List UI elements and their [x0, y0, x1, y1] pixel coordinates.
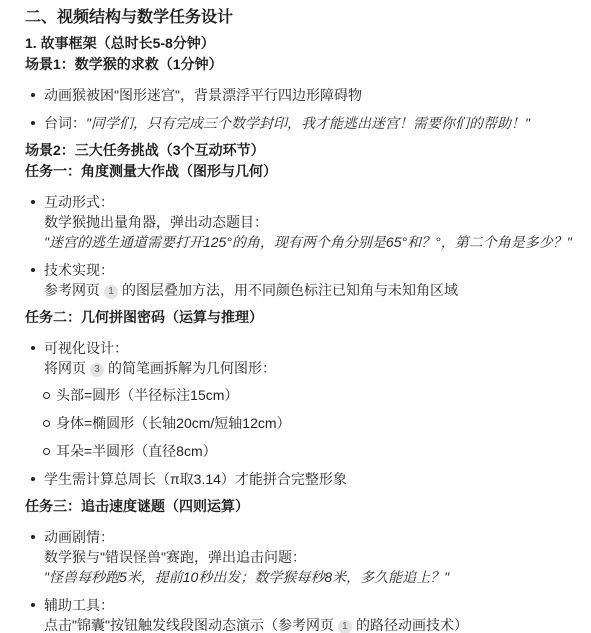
list-item: 学生需计算总周长（π取3.14）才能拼合完整形象 [25, 469, 571, 489]
citation-badge[interactable]: 1 [104, 285, 118, 299]
question-quote: "怪兽每秒跑5米，提前10秒出发；数学猴每秒8米，多久能追上？" [44, 569, 449, 585]
list-item-label: 互动形式： [44, 192, 571, 212]
reference-text-post: 的简笔画拆解为几何图形： [108, 360, 276, 376]
task2-heading: 任务二：几何拼图密码（运算与推理） [25, 307, 571, 328]
list-item-label: 技术实现： [44, 260, 571, 280]
scene1-heading: 场景1：数学猴的求救（1分钟） [25, 54, 571, 75]
question-quote: "迷宫的逃生通道需要打开125°的角，现有两个角分别是65°和？°，第二个角是多… [44, 234, 572, 250]
task3-list: 动画剧情： 数学猴与"错误怪兽"赛跑，弹出追击问题： "怪兽每秒跑5米，提前10… [25, 527, 571, 633]
list-item-text: 动画猴被困"图形迷宫"，背景漂浮平行四边形障碍物 [44, 85, 571, 105]
reference-line: 点击"锦囊"按钮触发线段图动态演示（参考网页1的路径动画技术） [44, 615, 571, 633]
list-item: 辅助工具： 点击"锦囊"按钮触发线段图动态演示（参考网页1的路径动画技术） [25, 595, 571, 633]
citation-badge[interactable]: 1 [338, 620, 352, 633]
list-item-text: 学生需计算总周长（π取3.14）才能拼合完整形象 [44, 469, 571, 489]
sublist-item-text: 头部=圆形（半径标注15cm） [56, 385, 571, 405]
reference-text-pre: 点击"锦囊"按钮触发线段图动态演示（参考网页 [44, 617, 334, 633]
document-body: 二、视频结构与数学任务设计 1. 故事框架（总时长5-8分钟） 场景1：数学猴的… [0, 0, 591, 633]
sublist-item: 耳朵=半圆形（直径8cm） [44, 441, 571, 461]
shape-sublist: 头部=圆形（半径标注15cm） 身体=椭圆形（长轴20cm/短轴12cm） 耳朵… [44, 385, 571, 461]
list-item: 可视化设计： 将网页3的简笔画拆解为几何图形： 头部=圆形（半径标注15cm） … [25, 338, 571, 461]
story-frame-heading: 1. 故事框架（总时长5-8分钟） [25, 33, 571, 54]
scene1-list: 动画猴被困"图形迷宫"，背景漂浮平行四边形障碍物 台词："同学们，只有完成三个数… [25, 85, 571, 133]
dialogue-label: 台词： [44, 115, 86, 131]
list-item: 动画猴被困"图形迷宫"，背景漂浮平行四边形障碍物 [25, 85, 571, 105]
scene2-heading: 场景2：三大任务挑战（3个互动环节） [25, 140, 571, 161]
list-item-label: 动画剧情： [44, 527, 571, 547]
task2-list: 可视化设计： 将网页3的简笔画拆解为几何图形： 头部=圆形（半径标注15cm） … [25, 338, 571, 489]
question-line: "怪兽每秒跑5米，提前10秒出发；数学猴每秒8米，多久能追上？" [44, 567, 571, 587]
question-line: "迷宫的逃生通道需要打开125°的角，现有两个角分别是65°和？°，第二个角是多… [44, 232, 571, 252]
sublist-item: 头部=圆形（半径标注15cm） [44, 385, 571, 405]
reference-text-pre: 参考网页 [44, 282, 100, 298]
section-title: 二、视频结构与数学任务设计 [25, 7, 571, 29]
reference-text-post: 的图层叠加方法，用不同颜色标注已知角与未知角区域 [122, 282, 458, 298]
reference-text-pre: 将网页 [44, 360, 86, 376]
task1-heading: 任务一：角度测量大作战（图形与几何） [25, 161, 571, 182]
list-item-text: 数学猴抛出量角器，弹出动态题目： [44, 212, 571, 232]
sublist-item: 身体=椭圆形（长轴20cm/短轴12cm） [44, 413, 571, 433]
sublist-item-text: 耳朵=半圆形（直径8cm） [56, 441, 571, 461]
reference-line: 参考网页1的图层叠加方法，用不同颜色标注已知角与未知角区域 [44, 280, 571, 300]
list-item: 技术实现： 参考网页1的图层叠加方法，用不同颜色标注已知角与未知角区域 [25, 260, 571, 300]
task1-list: 互动形式： 数学猴抛出量角器，弹出动态题目： "迷宫的逃生通道需要打开125°的… [25, 192, 571, 300]
list-item: 动画剧情： 数学猴与"错误怪兽"赛跑，弹出追击问题： "怪兽每秒跑5米，提前10… [25, 527, 571, 587]
reference-text-post: 的路径动画技术） [356, 617, 468, 633]
citation-badge[interactable]: 3 [90, 363, 104, 377]
list-item-label: 可视化设计： [44, 338, 571, 358]
list-item-text: 数学猴与"错误怪兽"赛跑，弹出追击问题： [44, 547, 571, 567]
list-item: 台词："同学们，只有完成三个数学封印，我才能逃出迷宫！需要你们的帮助！" [25, 113, 571, 133]
dialogue-line: 台词："同学们，只有完成三个数学封印，我才能逃出迷宫！需要你们的帮助！" [44, 113, 571, 133]
list-item: 互动形式： 数学猴抛出量角器，弹出动态题目： "迷宫的逃生通道需要打开125°的… [25, 192, 571, 252]
task3-heading: 任务三：追击速度谜题（四则运算） [25, 496, 571, 517]
sublist-item-text: 身体=椭圆形（长轴20cm/短轴12cm） [56, 413, 571, 433]
dialogue-quote: "同学们，只有完成三个数学封印，我才能逃出迷宫！需要你们的帮助！" [86, 115, 530, 131]
list-item-label: 辅助工具： [44, 595, 571, 615]
reference-line: 将网页3的简笔画拆解为几何图形： [44, 358, 571, 378]
